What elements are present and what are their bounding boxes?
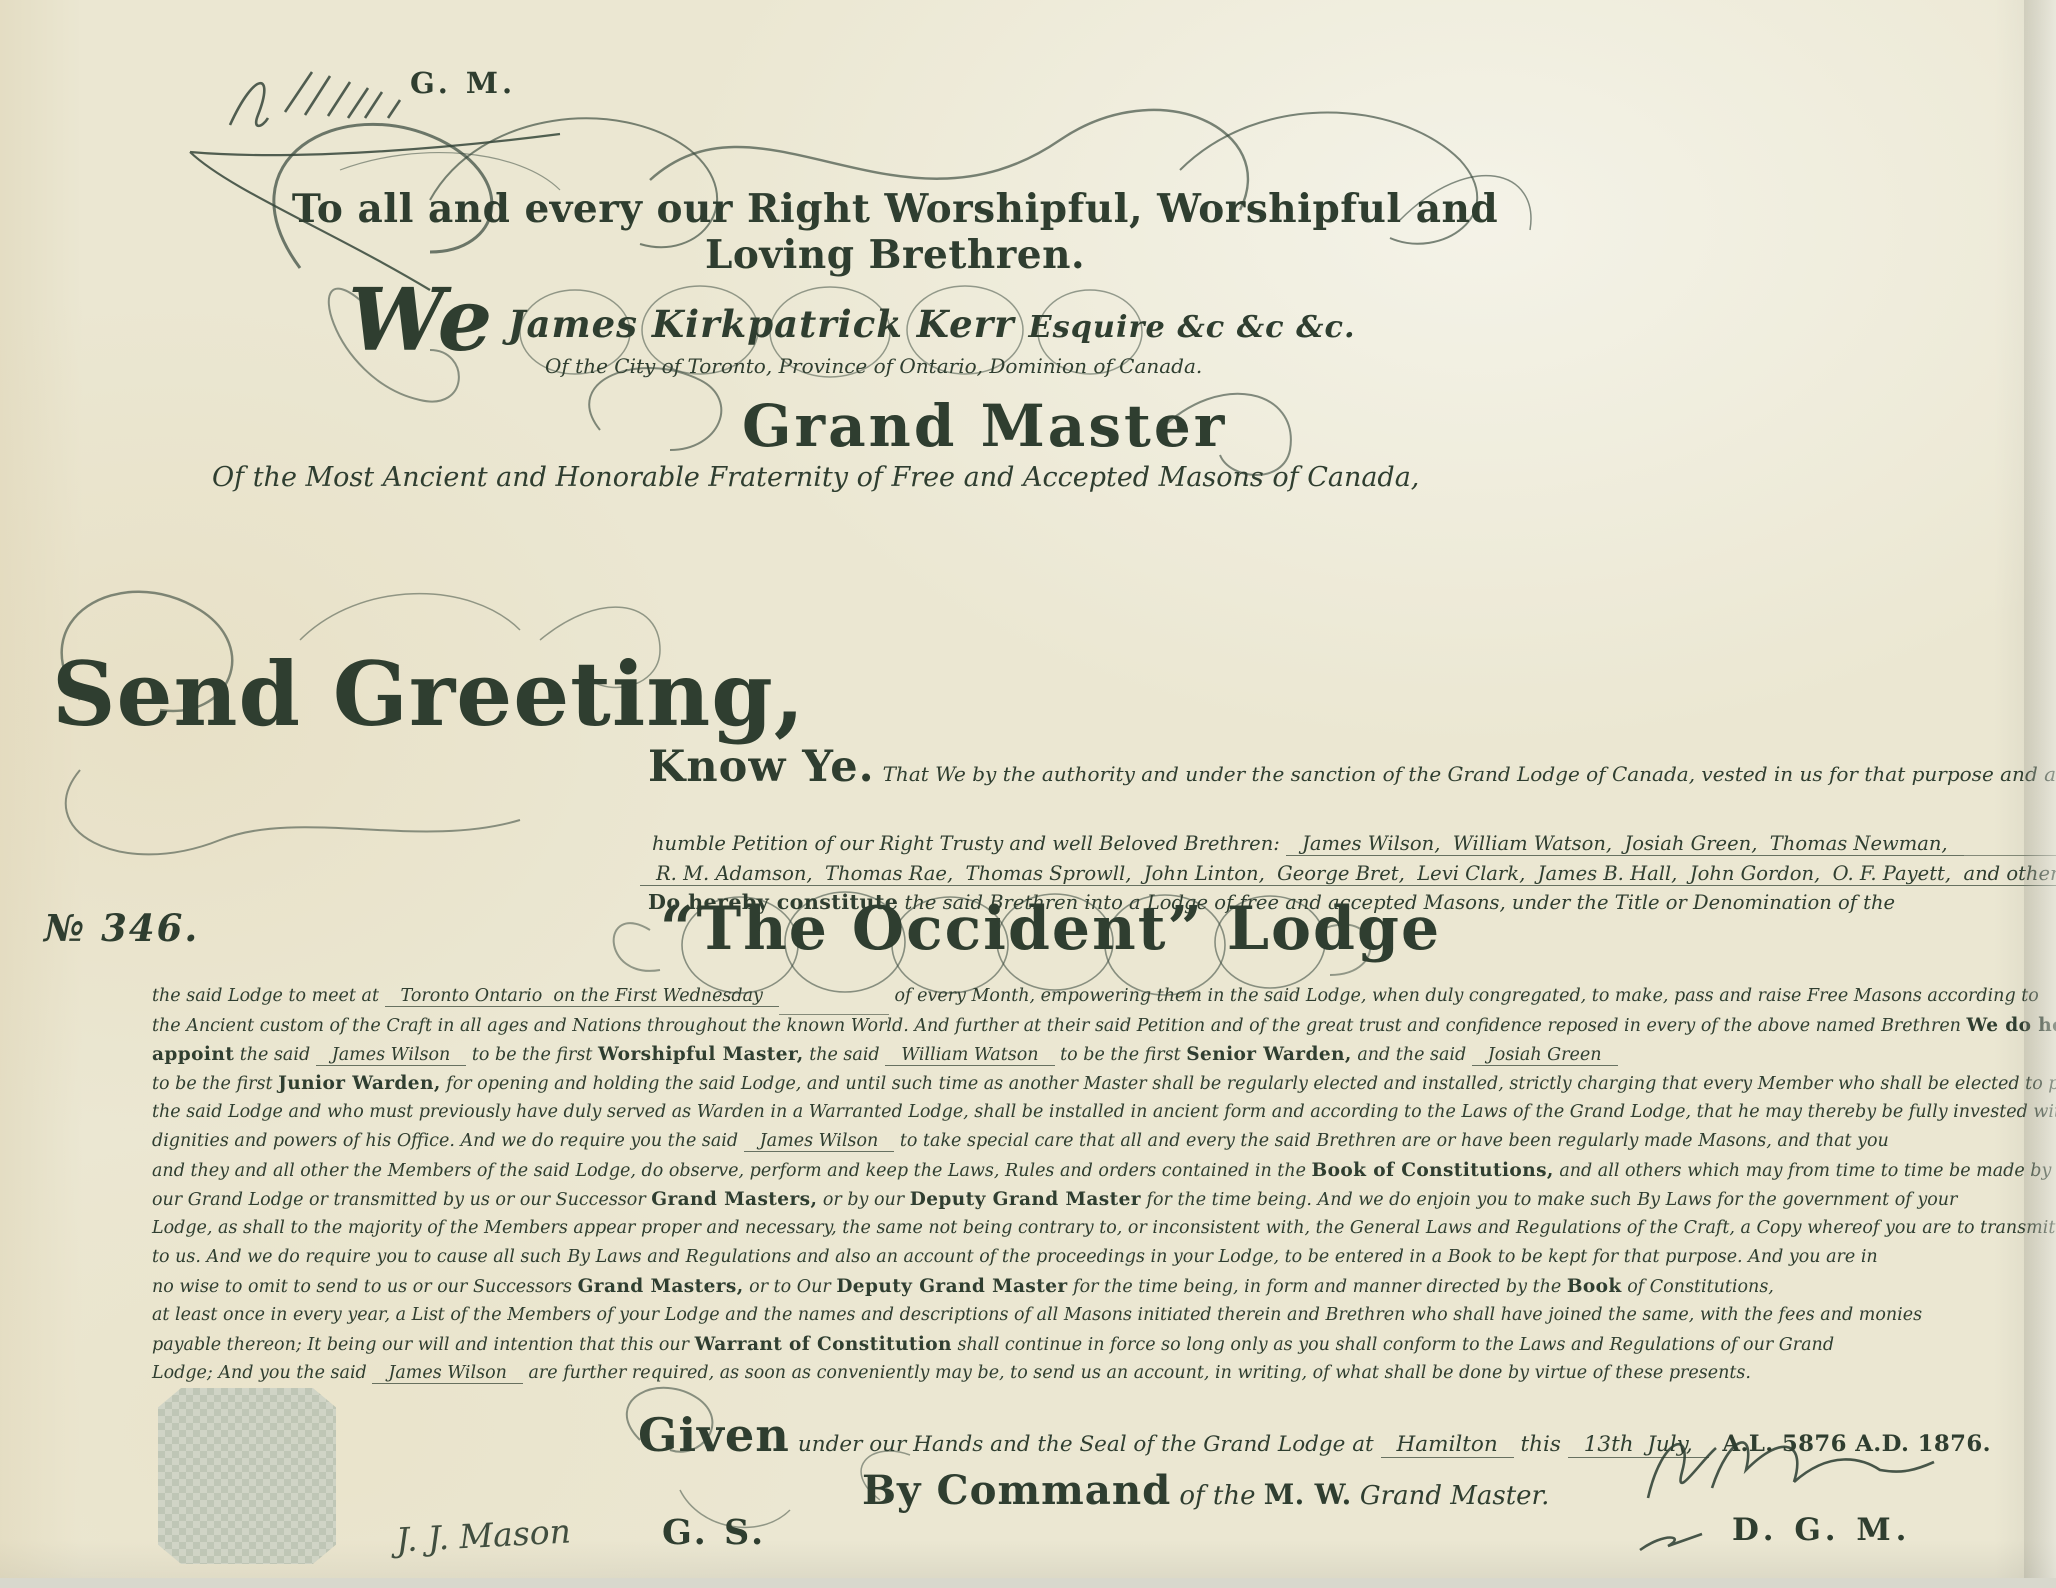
know-ye-line: R. M. Adamson, Thomas Rae, Thomas Sprowl… (640, 862, 2056, 886)
text-segment: By Command (862, 1466, 1171, 1514)
we-word: We (348, 270, 492, 371)
body-line: to us. And we do require you to cause al… (152, 1247, 1972, 1276)
body-line: and they and all other the Members of th… (152, 1160, 1972, 1189)
text-segment: James Wilson, William Watson, Josiah Gre… (1286, 832, 1964, 856)
warrant-body: the said Lodge to meet at Toronto Ontari… (152, 986, 1972, 1392)
grand-secretary-signature: J. J. Mason (395, 1511, 572, 1559)
lodge-name: “The Occident” Lodge (660, 894, 1441, 964)
body-line: appoint the said James Wilson to be the … (152, 1044, 1972, 1073)
body-line: no wise to omit to send to us or our Suc… (152, 1276, 1972, 1305)
text-segment: Grand Master. (1352, 1481, 1550, 1511)
text-segment: Grand Masters, (578, 1276, 744, 1297)
know-ye-line: humble Petition of our Right Trusty and … (652, 832, 2056, 856)
text-segment: are further required, as soon as conveni… (523, 1363, 1751, 1383)
text-segment: for the time being, in form and manner d… (1068, 1277, 1567, 1297)
text-segment: Book of Constitutions, (1312, 1160, 1554, 1181)
text-segment: the said (804, 1045, 886, 1065)
text-segment: and the said (1352, 1045, 1472, 1065)
text-segment: Junior Warden, (278, 1073, 441, 1094)
text-segment: Josiah Green (1472, 1045, 1618, 1066)
text-segment: That We by the authority and under the s… (883, 762, 2056, 786)
text-segment: Grand Masters, (651, 1189, 817, 1210)
text-segment: under our Hands and the Seal of the Gran… (798, 1432, 1381, 1457)
grand-master-title: Grand Master (742, 392, 1227, 460)
text-segment (1709, 1432, 1723, 1457)
text-segment: no wise to omit to send to us or our Suc… (152, 1277, 578, 1297)
text-segment: at least once in every year, a List of t… (152, 1305, 1922, 1325)
text-segment: R. M. Adamson, Thomas Rae, Thomas Sprowl… (640, 862, 2056, 886)
text-segment: the Ancient custom of the Craft in all a… (152, 1016, 1967, 1036)
text-segment: of every Month, empowering them in the s… (889, 986, 2039, 1006)
body-line: our Grand Lodge or transmitted by us or … (152, 1189, 1972, 1218)
body-line: Lodge, as shall to the majority of the M… (152, 1218, 1972, 1247)
grantor-suffix: Esquire &c &c &c. (1029, 310, 1356, 345)
fraternity-line: Of the Most Ancient and Honorable Frater… (212, 462, 1419, 493)
salutation-heading: To all and every our Right Worshipful, W… (250, 186, 1540, 278)
text-segment: for the time being. And we do enjoin you… (1141, 1190, 1957, 1210)
body-line: the said Lodge and who must previously h… (152, 1102, 1972, 1131)
text-segment: Worshipful Master, (598, 1044, 804, 1065)
text-segment: humble Petition of our Right Trusty and … (652, 832, 1286, 855)
by-command-line: By Commandof the M. W. Grand Master. (862, 1466, 1549, 1514)
flourish (589, 368, 721, 450)
grand-lodge-seal (158, 1388, 336, 1564)
text-segment: and all others which may from time to ti… (1554, 1161, 2052, 1181)
given-line: Givenunder our Hands and the Seal of the… (638, 1408, 1991, 1462)
body-line: to be the first Junior Warden, for openi… (152, 1073, 1972, 1102)
flourish (614, 923, 660, 971)
flourish (66, 770, 520, 854)
know-ye-line: Know Ye.That We by the authority and und… (648, 742, 2056, 792)
residence-line: Of the City of Toronto, Province of Onta… (545, 354, 1202, 378)
grantor-name: James Kirkpatrick Kerr Esquire &c &c &c. (508, 302, 1356, 346)
text-segment: James Wilson (744, 1131, 895, 1152)
body-line: at least once in every year, a List of t… (152, 1305, 1972, 1334)
text-segment: dignities and powers of his Office. And … (152, 1131, 744, 1151)
text-segment: shall continue in force so long only as … (952, 1335, 1834, 1355)
text-segment: Warrant of Constitution (695, 1334, 952, 1355)
text-segment: payable thereon; It being our will and i… (152, 1335, 695, 1355)
text-segment: Senior Warden, (1186, 1044, 1352, 1065)
text-segment (779, 1012, 889, 1015)
scan-bottom-edge (0, 1578, 2056, 1588)
text-segment: this (1514, 1432, 1568, 1457)
body-line: dignities and powers of his Office. And … (152, 1131, 1972, 1160)
flourish (300, 594, 520, 640)
flourish (340, 153, 560, 190)
text-segment: and they and all other the Members of th… (152, 1161, 1312, 1181)
text-segment: Hamilton (1381, 1432, 1514, 1458)
text-segment: William Watson (885, 1045, 1054, 1066)
body-line: the Ancient custom of the Craft in all a… (152, 1015, 1972, 1044)
text-segment: the said Lodge to meet at (152, 986, 385, 1006)
text-segment: our Grand Lodge or transmitted by us or … (152, 1190, 651, 1210)
text-segment: Deputy Grand Master (910, 1189, 1141, 1210)
text-segment: of Constitutions, (1622, 1277, 1774, 1297)
text-segment: to be the first (152, 1074, 278, 1094)
text-segment: to us. And we do require you to cause al… (152, 1247, 1878, 1267)
text-segment: for opening and holding the said Lodge, … (441, 1074, 2056, 1094)
text-segment: Toronto Ontario on the First Wednesday (385, 986, 779, 1007)
send-greeting: Send Greeting, (52, 642, 805, 746)
text-segment: Given (638, 1408, 790, 1462)
text-segment: to take special care that all and every … (894, 1131, 1889, 1151)
text-segment: to be the first (466, 1045, 598, 1065)
text-segment: or to Our (744, 1277, 837, 1297)
text-segment: or by our (817, 1190, 909, 1210)
page-edge-shadow (2024, 0, 2056, 1588)
text-segment: Deputy Grand Master (836, 1276, 1067, 1297)
text-segment: to be the first (1055, 1045, 1187, 1065)
body-line: the said Lodge to meet at Toronto Ontari… (152, 986, 1972, 1015)
lodge-number: № 346. (44, 906, 199, 950)
text-segment: James Wilson (372, 1363, 523, 1384)
grantor-name-text: James Kirkpatrick Kerr (508, 302, 1015, 346)
gs-label: G. S. (662, 1512, 766, 1553)
text-segment: A.L. 5876 A.D. 1876. (1722, 1431, 1991, 1457)
text-segment: M. W. (1264, 1479, 1352, 1511)
body-line: payable thereon; It being our will and i… (152, 1334, 1972, 1363)
text-segment: the said Lodge and who must previously h… (152, 1102, 2056, 1122)
warrant-document-page: G. M. To all and every our Right Worship… (0, 0, 2056, 1588)
text-segment: 13th July, (1568, 1432, 1709, 1458)
text-segment: Lodge; And you the said (152, 1363, 372, 1383)
text-segment: Book (1567, 1276, 1622, 1297)
text-segment: Lodge, as shall to the majority of the M… (152, 1218, 2055, 1238)
text-segment: of the (1179, 1481, 1263, 1511)
text-segment: appoint (152, 1044, 234, 1065)
body-line: Lodge; And you the said James Wilson are… (152, 1363, 1972, 1392)
dgm-label: D. G. M. (1732, 1512, 1911, 1548)
text-segment: Know Ye. (648, 742, 875, 792)
text-segment: James Wilson (316, 1045, 467, 1066)
gm-label: G. M. (410, 66, 516, 100)
text-segment: the said (234, 1045, 316, 1065)
